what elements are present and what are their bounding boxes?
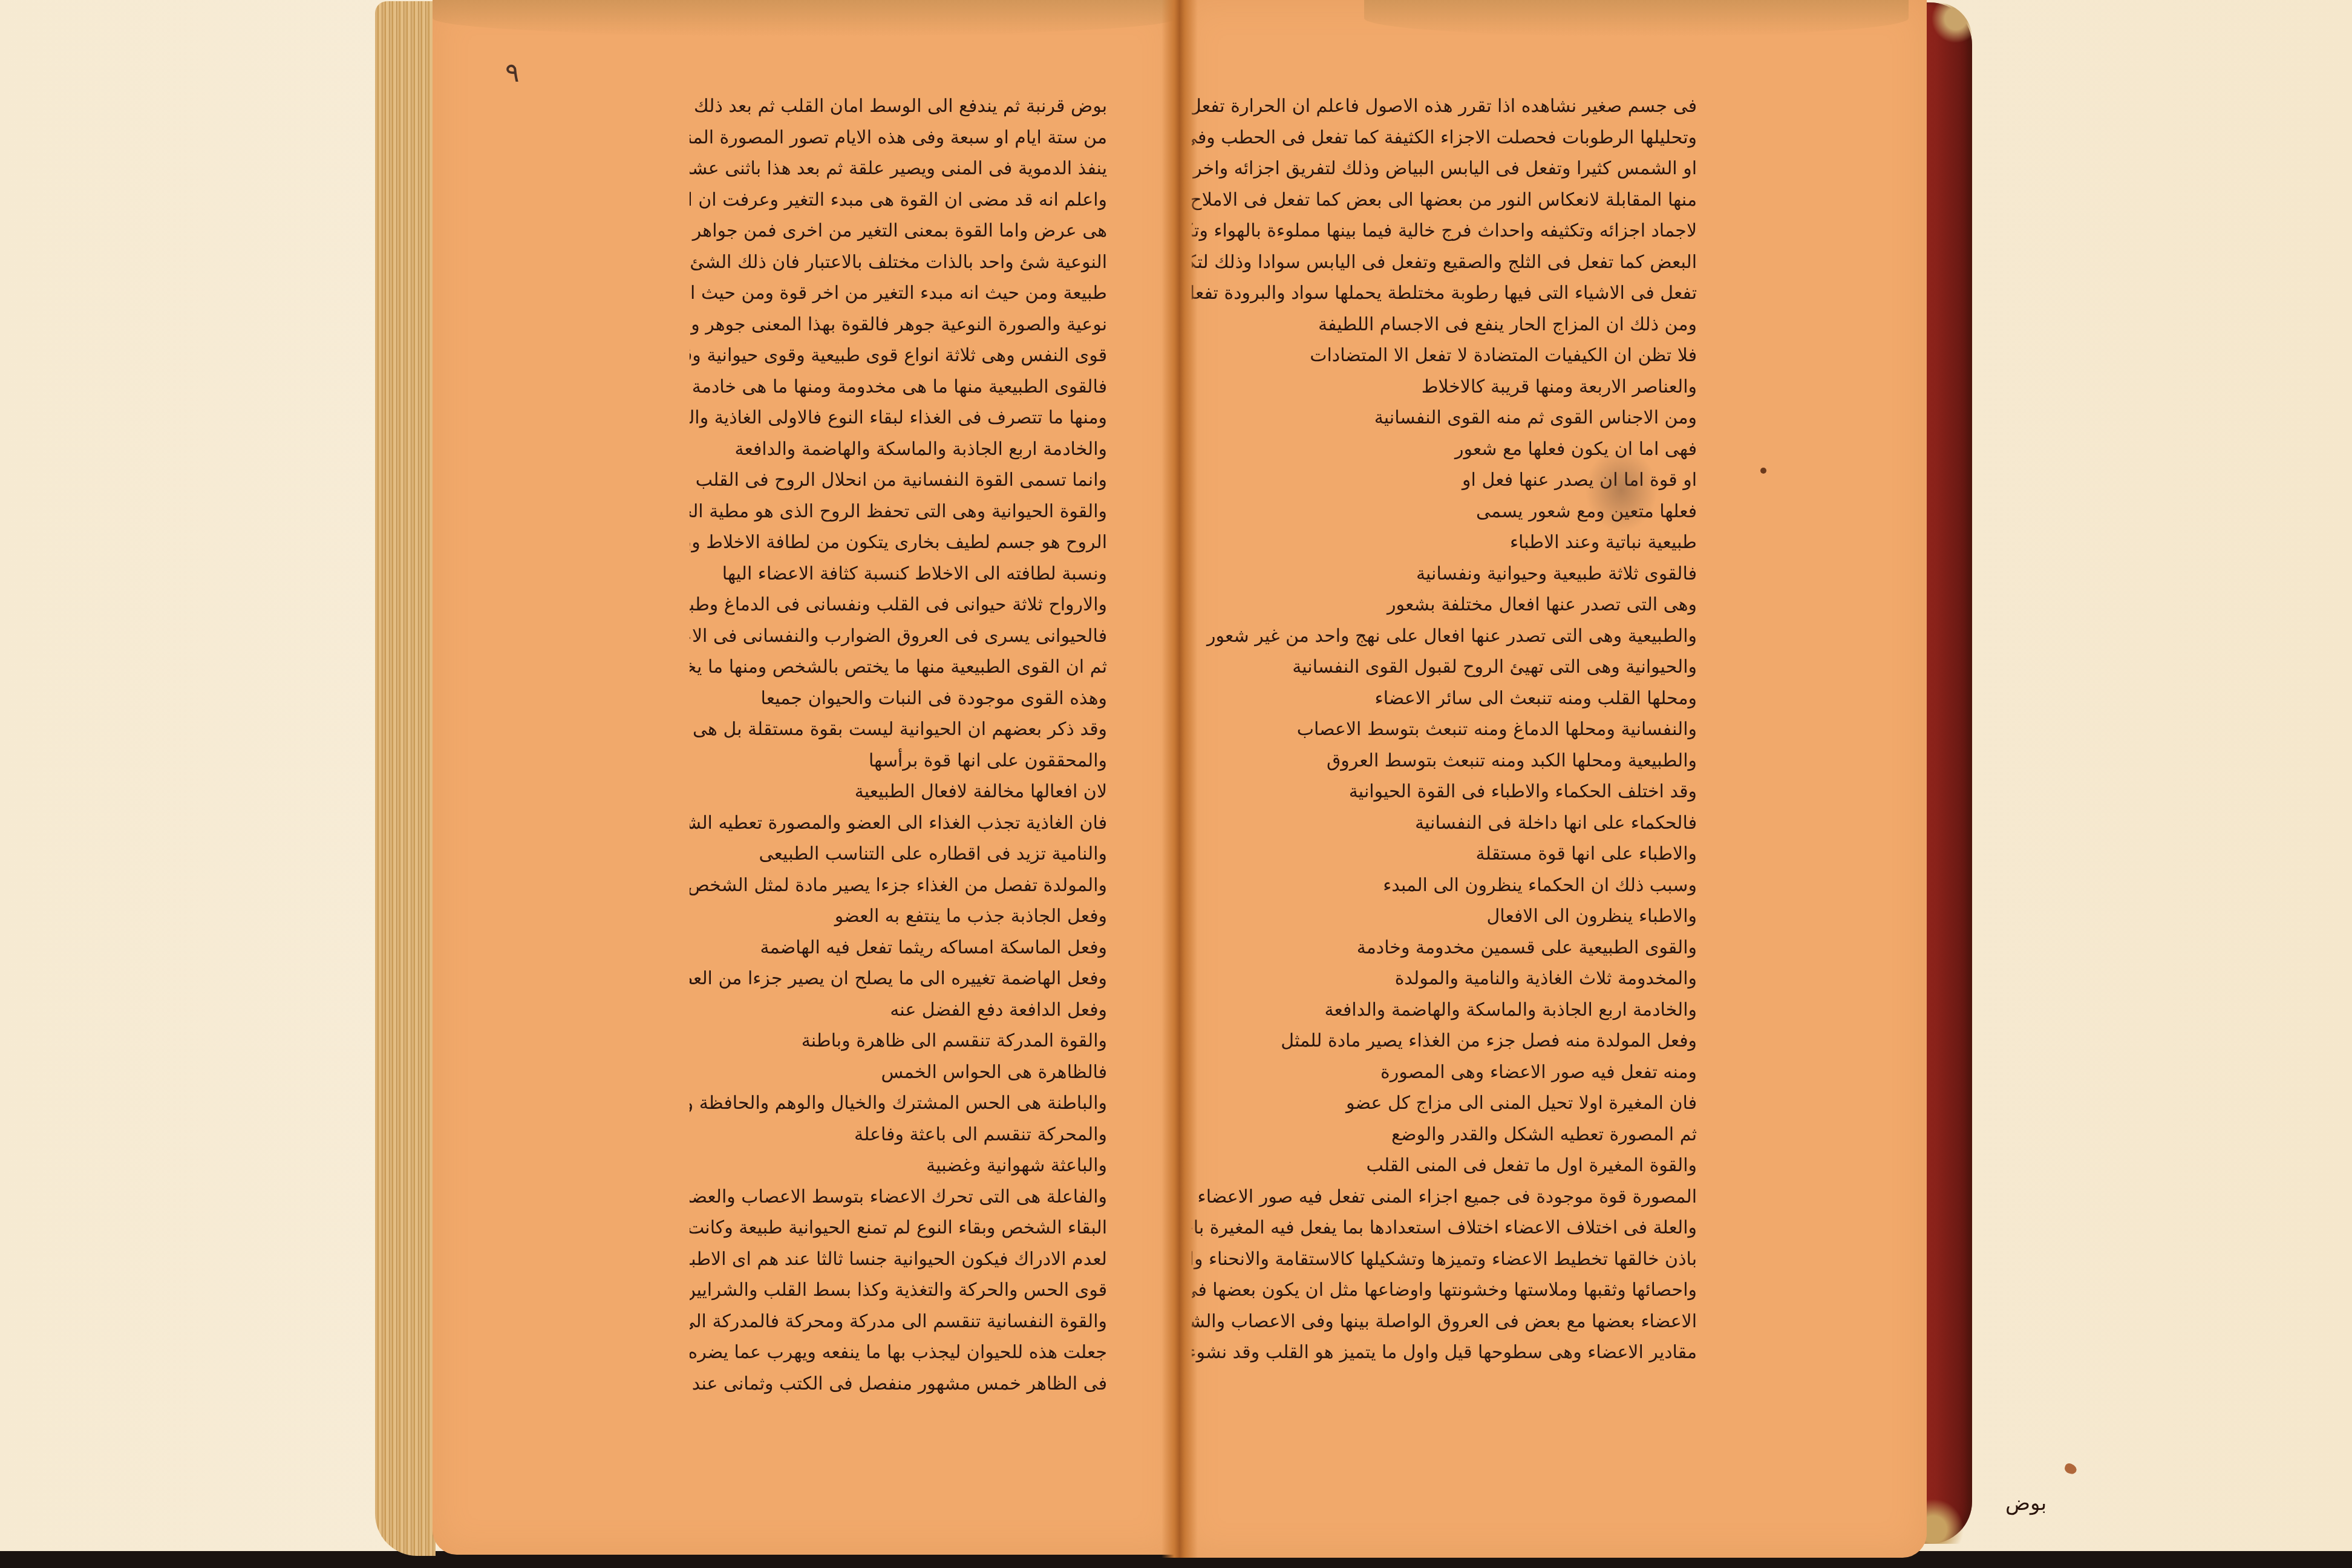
- manuscript-line: منها المقابلة لانعكاس النور من بعضها الى…: [1192, 185, 1697, 216]
- manuscript-line: ونسبة لطافته الى الاخلاط كنسبة كثافة الا…: [690, 558, 1107, 590]
- open-manuscript: ٩ بوض قرنبة ثم يندفع الى الوسط امان القل…: [375, 0, 2002, 1561]
- manuscript-line: والنفسانية ومحلها الدماغ ومنه تنبعث بتوس…: [1192, 714, 1697, 745]
- manuscript-line: والمحركة تنقسم الى باعثة وفاعلة: [690, 1119, 1107, 1151]
- manuscript-line: طبيعة ومن حيث انه مبدء التغير من اخر قوة…: [690, 278, 1107, 309]
- manuscript-line: فان الغاذية تجذب الغذاء الى العضو والمصو…: [690, 808, 1107, 839]
- manuscript-line: والمولدة تفصل من الغذاء جزءا يصير مادة ل…: [690, 870, 1107, 901]
- manuscript-line: فالحكماء على انها داخلة فى النفسانية: [1192, 808, 1697, 839]
- manuscript-line: او الشمس كثيرا وتفعل فى اليابس البياض وذ…: [1192, 153, 1697, 185]
- manuscript-line: وتحليلها الرطوبات فحصلت الاجزاء الكثيفة …: [1192, 122, 1697, 154]
- manuscript-line: فالحيوانى يسرى فى العروق الضوارب والنفسا…: [690, 621, 1107, 652]
- manuscript-line: والحيوانية وهى التى تهيئ الروح لقبول الق…: [1192, 652, 1697, 683]
- ink-speck: [1760, 468, 1766, 474]
- manuscript-line: وفعل الماسكة امساكه ريثما تفعل فيه الهاض…: [690, 932, 1107, 964]
- manuscript-line: فلا تظن ان الكيفيات المتضادة لا تفعل الا…: [1192, 340, 1697, 371]
- debris-fragment: [2063, 1462, 2078, 1475]
- manuscript-line: والقوى الطبيعية على قسمين مخدومة وخادمة: [1192, 932, 1697, 964]
- left-page: ٩ بوض قرنبة ثم يندفع الى الوسط امان القل…: [433, 0, 1177, 1555]
- manuscript-line: واحصائها وثقبها وملاستها وخشونتها واوضاع…: [1192, 1275, 1697, 1306]
- manuscript-line: قوى الحس والحركة والتغذية وكذا بسط القلب…: [690, 1275, 1107, 1306]
- manuscript-line: مقادير الاعضاء وهى سطوحها قيل واول ما يت…: [1192, 1337, 1697, 1368]
- manuscript-line: فالظاهرة هى الحواس الخمس: [690, 1057, 1107, 1088]
- manuscript-line: ثم المصورة تعطيه الشكل والقدر والوضع: [1192, 1119, 1697, 1151]
- manuscript-line: والمحققون على انها قوة برأسها: [690, 745, 1107, 777]
- manuscript-line: واعلم انه قد مضى ان القوة هى مبدء التغير…: [690, 185, 1107, 216]
- ink-smudge: [1585, 448, 1658, 532]
- manuscript-line: الاعضاء بعضها مع بعض فى العروق الواصلة ب…: [1192, 1306, 1697, 1338]
- manuscript-line: والنامية تزيد فى اقطاره على التناسب الطب…: [690, 838, 1107, 870]
- manuscript-line: وهى التى تصدر عنها افعال مختلفة بشعور: [1192, 589, 1697, 621]
- manuscript-line: والاطباء على انها قوة مستقلة: [1192, 838, 1697, 870]
- gutter-fold: [1161, 0, 1198, 1558]
- manuscript-line: وفعل الدافعة دفع الفضل عنه: [690, 995, 1107, 1026]
- manuscript-line: فى الظاهر خمس مشهور منفصل فى الكتب وثمان…: [690, 1368, 1107, 1400]
- manuscript-line: والفاعلة هى التى تحرك الاعضاء بتوسط الاع…: [690, 1181, 1107, 1213]
- manuscript-line: جعلت هذه للحيوان ليجذب بها ما ينفعه ويهر…: [690, 1337, 1107, 1368]
- manuscript-line: البقاء الشخص وبقاء النوع لم تمنع الحيوان…: [690, 1212, 1107, 1244]
- manuscript-line: والمخدومة ثلاث الغاذية والنامية والمولدة: [1192, 963, 1697, 995]
- manuscript-line: وهذه القوى موجودة فى النبات والحيوان جمي…: [690, 683, 1107, 714]
- manuscript-line: وقد ذكر بعضهم ان الحيوانية ليست بقوة مست…: [690, 714, 1107, 745]
- manuscript-line: والباعثة شهوانية وغضبية: [690, 1150, 1107, 1181]
- manuscript-line: لعدم الادراك فيكون الحيوانية جنسا ثالثا …: [690, 1244, 1107, 1275]
- manuscript-line: لان افعالها مخالفة لافعال الطبيعية: [690, 776, 1107, 808]
- manuscript-line: لاجماد اجزائه وتكثيفه واحداث فرج خالية ف…: [1192, 215, 1697, 247]
- manuscript-line: وفعل المولدة منه فصل جزء من الغذاء يصير …: [1192, 1025, 1697, 1057]
- page-edges-stack: [375, 1, 436, 1556]
- manuscript-line: والقوة النفسانية تنقسم الى مدركة ومحركة …: [690, 1306, 1107, 1338]
- manuscript-line: والارواح ثلاثة حيوانى فى القلب ونفسانى ف…: [690, 589, 1107, 621]
- water-stain: [433, 0, 1177, 36]
- manuscript-line: والطبيعية ومحلها الكبد ومنه تنبعث بتوسط …: [1192, 745, 1697, 777]
- manuscript-line: فالقوى ثلاثة طبيعية وحيوانية ونفسانية: [1192, 558, 1697, 590]
- manuscript-line: فان المغيرة اولا تحيل المنى الى مزاج كل …: [1192, 1088, 1697, 1119]
- water-stain: [1364, 0, 1909, 36]
- manuscript-line: والخادمة اربع الجاذبة والماسكة والهاضمة …: [1192, 995, 1697, 1026]
- manuscript-line: ينفذ الدموية فى المنى ويصير علقة ثم بعد …: [690, 153, 1107, 185]
- manuscript-line: ومنه تفعل فيه صور الاعضاء وهى المصورة: [1192, 1057, 1697, 1088]
- manuscript-line: ومن الاجناس القوى ثم منه القوى النفسانية: [1192, 402, 1697, 434]
- manuscript-line: وفعل الجاذبة جذب ما ينتفع به العضو: [690, 901, 1107, 932]
- manuscript-line: فالقوى الطبيعية منها ما هى مخدومة ومنها …: [690, 371, 1107, 403]
- manuscript-line: ومنها ما تتصرف فى الغذاء لبقاء النوع فال…: [690, 402, 1107, 434]
- manuscript-line: والاطباء ينظرون الى الافعال: [1192, 901, 1697, 932]
- manuscript-line: والقوة الحيوانية وهى التى تحفظ الروح الذ…: [690, 496, 1107, 528]
- manuscript-line: وانما تسمى القوة النفسانية من انحلال الر…: [690, 465, 1107, 496]
- catchword: بوض: [2005, 1491, 2047, 1515]
- manuscript-line: والطبيعية وهى التى تصدر عنها افعال على ن…: [1192, 621, 1697, 652]
- right-page: فى جسم صغير نشاهده اذا تقرر هذه الاصول ف…: [1183, 0, 1927, 1558]
- manuscript-line: ومحلها القلب ومنه تنبعث الى سائر الاعضاء: [1192, 683, 1697, 714]
- manuscript-line: وفعل الهاضمة تغييره الى ما يصلح ان يصير …: [690, 963, 1107, 995]
- manuscript-line: ثم ان القوى الطبيعية منها ما يختص بالشخص…: [690, 652, 1107, 683]
- manuscript-line: والخادمة اربع الجاذبة والماسكة والهاضمة …: [690, 434, 1107, 465]
- right-page-text: فى جسم صغير نشاهده اذا تقرر هذه الاصول ف…: [1192, 91, 1697, 1368]
- manuscript-line: النوعية شئ واحد بالذات مختلف بالاعتبار ف…: [690, 247, 1107, 278]
- manuscript-line: بوض قرنبة ثم يندفع الى الوسط امان القلب …: [690, 91, 1107, 122]
- manuscript-line: قوى النفس وهى ثلاثة انواع قوى طبيعية وقو…: [690, 340, 1107, 371]
- manuscript-line: فى جسم صغير نشاهده اذا تقرر هذه الاصول ف…: [1192, 91, 1697, 122]
- manuscript-line: نوعية والصورة النوعية جوهر فالقوة بهذا ا…: [690, 309, 1107, 341]
- manuscript-line: من ستة ايام او سبعة وفى هذه الايام تصور …: [690, 122, 1107, 154]
- manuscript-line: باذن خالقها تخطيط الاعضاء وتميزها وتشكيل…: [1192, 1244, 1697, 1275]
- manuscript-line: ومن ذلك ان المزاج الحار ينفع فى الاجسام …: [1192, 309, 1697, 341]
- manuscript-line: وقد اختلف الحكماء والاطباء فى القوة الحي…: [1192, 776, 1697, 808]
- manuscript-line: والقوة المغيرة اول ما تفعل فى المنى القل…: [1192, 1150, 1697, 1181]
- manuscript-line: وسبب ذلك ان الحكماء ينظرون الى المبدء: [1192, 870, 1697, 901]
- manuscript-line: البعض كما تفعل فى الثلج والصقيع وتفعل فى…: [1192, 247, 1697, 278]
- manuscript-line: والعلة فى اختلاف الاعضاء اختلاف استعداده…: [1192, 1212, 1697, 1244]
- manuscript-line: والعناصر الاربعة ومنها قريبة كالاخلاط: [1192, 371, 1697, 403]
- manuscript-line: والباطنة هى الحس المشترك والخيال والوهم …: [690, 1088, 1107, 1119]
- folio-number: ٩: [505, 57, 520, 88]
- manuscript-line: والقوة المدركة تنقسم الى ظاهرة وباطنة: [690, 1025, 1107, 1057]
- manuscript-line: المصورة قوة موجودة فى جميع اجزاء المنى ت…: [1192, 1181, 1697, 1213]
- left-page-text: بوض قرنبة ثم يندفع الى الوسط امان القلب …: [690, 91, 1107, 1399]
- manuscript-line: الروح هو جسم لطيف بخارى يتكون من لطافة ا…: [690, 527, 1107, 558]
- manuscript-line: تفعل فى الاشياء التى فيها رطوبة مختلطة ي…: [1192, 278, 1697, 309]
- manuscript-line: هى عرض واما القوة بمعنى التغير من اخرى ف…: [690, 215, 1107, 247]
